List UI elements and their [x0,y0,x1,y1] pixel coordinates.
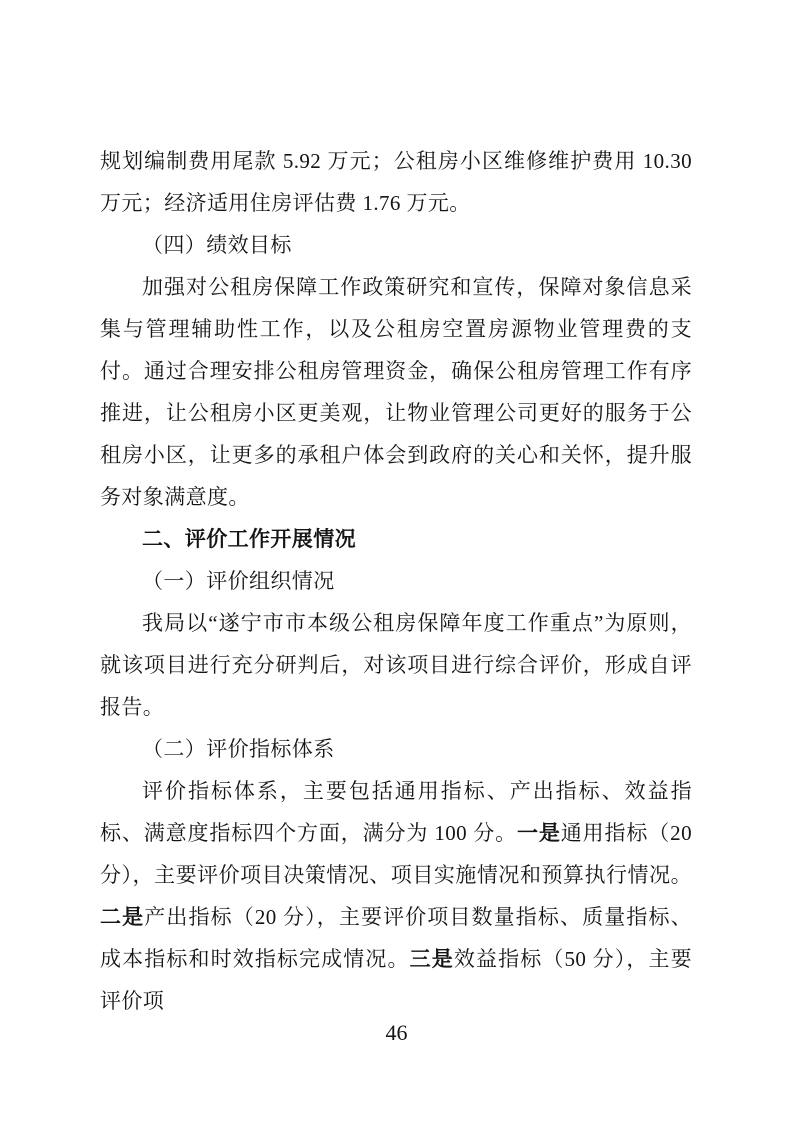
paragraph-evaluation-org: 我局以“遂宁市市本级公租房保障年度工作重点”为原则，就该项目进行充分研判后，对该… [100,602,692,728]
paragraph-performance-goal: 加强对公租房保障工作政策研究和宣传，保障对象信息采集与管理辅助性工作，以及公租房… [100,266,692,518]
index-system-bold-first: 一是 [517,821,561,845]
index-system-bold-third: 三是 [410,947,454,971]
paragraph-index-system: 评价指标体系，主要包括通用指标、产出指标、效益指标、满意度指标四个方面，满分为 … [100,770,692,1022]
heading-section-2-index-system: （二）评价指标体系 [100,728,692,770]
page-body: 规划编制费用尾款 5.92 万元；公租房小区维修维护费用 10.30 万元；经济… [100,140,692,1022]
heading-section-4-performance-goal: （四）绩效目标 [100,224,692,266]
index-system-bold-second: 二是 [100,905,144,929]
page-number: 46 [0,1017,793,1049]
document-page: 规划编制费用尾款 5.92 万元；公租房小区维修维护费用 10.30 万元；经济… [0,0,793,1122]
heading-part-2-evaluation-work: 二、评价工作开展情况 [100,518,692,560]
heading-section-1-evaluation-org: （一）评价组织情况 [100,560,692,602]
paragraph-fees-tail: 规划编制费用尾款 5.92 万元；公租房小区维修维护费用 10.30 万元；经济… [100,140,692,224]
